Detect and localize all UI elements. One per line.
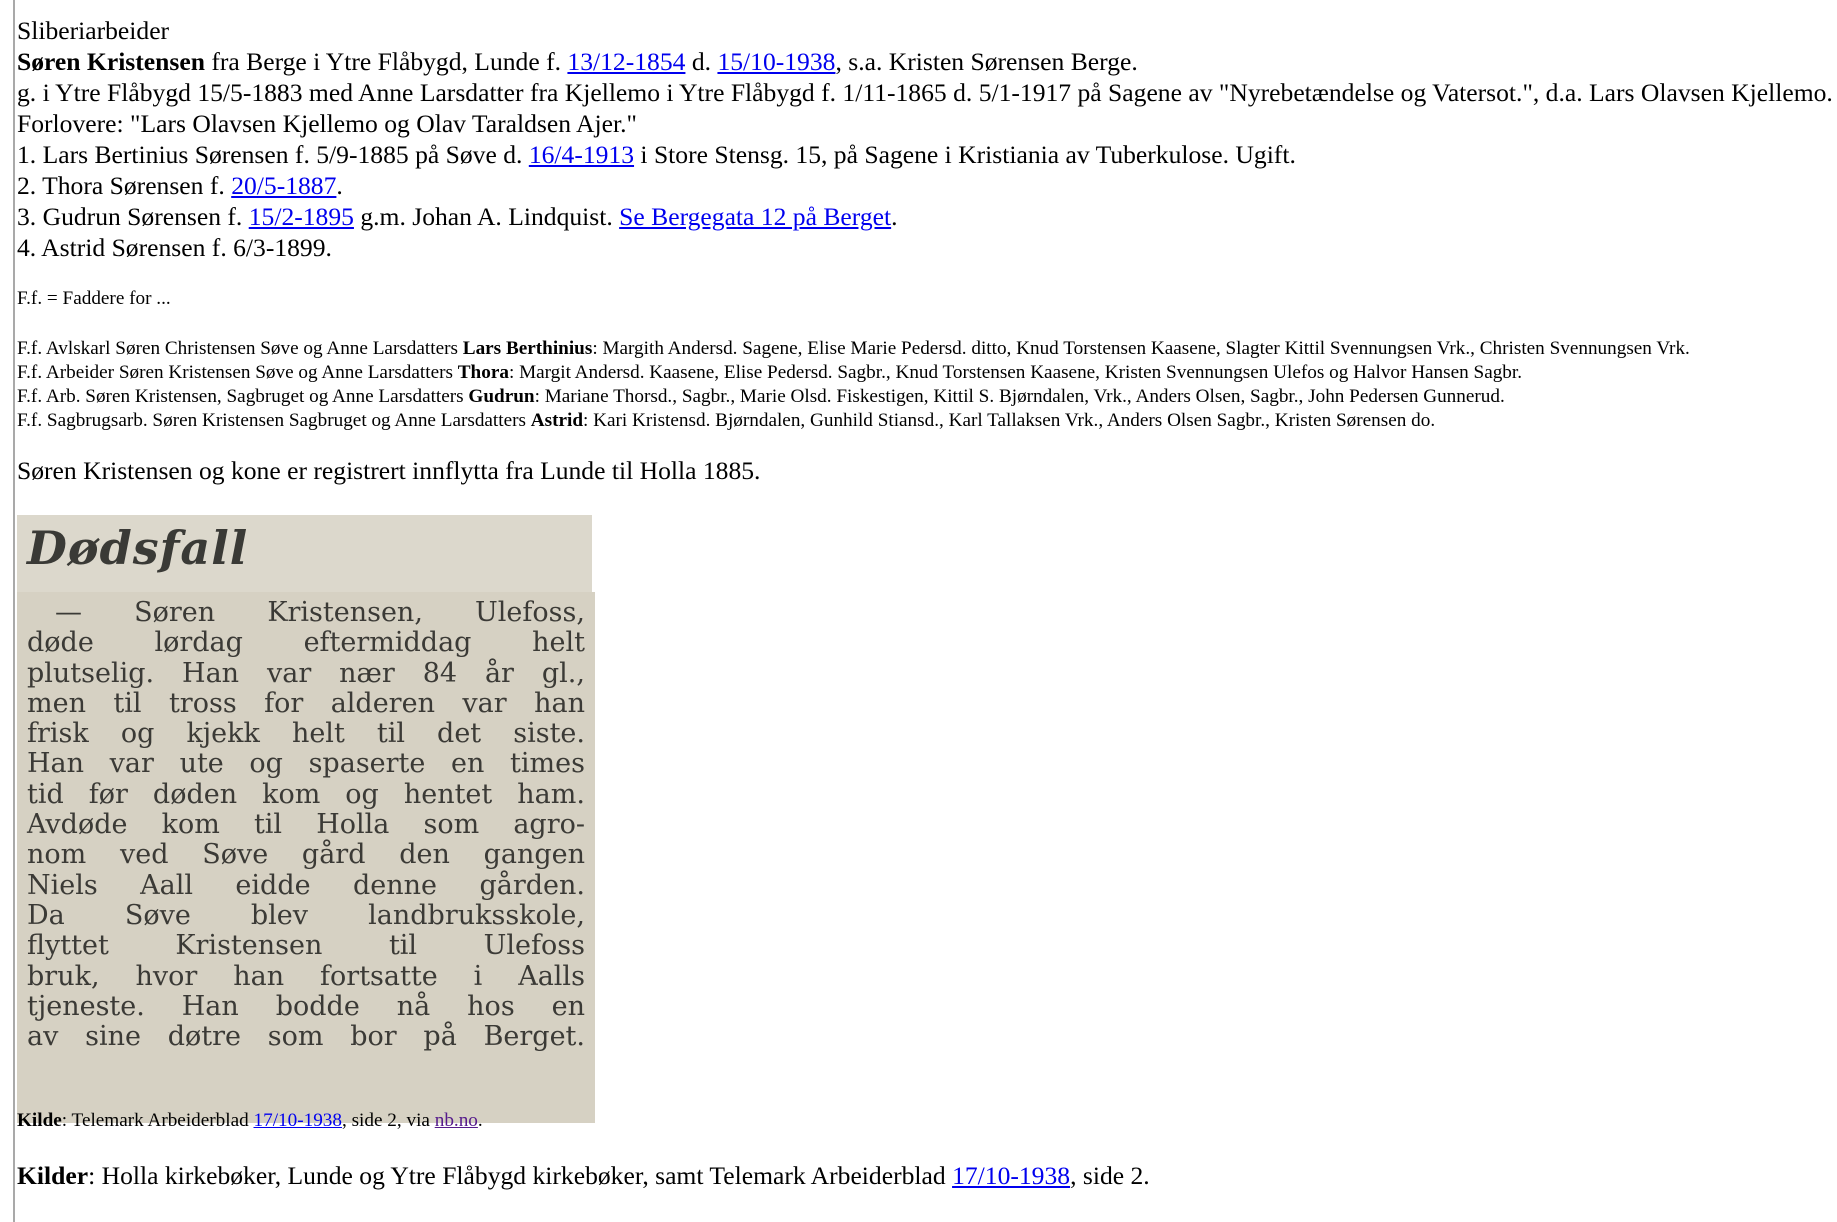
godparents-line: F.f. Arbeider Søren Kristensen Søve og A… xyxy=(17,361,1690,385)
clipping-word: av xyxy=(27,1022,58,1052)
clipping-line: dødelørdageftermiddaghelt xyxy=(27,628,585,658)
clipping-word: gård xyxy=(302,840,366,870)
clipping-word: agro- xyxy=(513,810,585,840)
person-entry: Sliberiarbeider Søren Kristensen fra Ber… xyxy=(17,15,1833,263)
death-date-link[interactable]: 15/10-1938 xyxy=(717,47,835,76)
clipping-word: Berget. xyxy=(484,1022,585,1052)
clipping-word: Kristensen, xyxy=(267,598,423,628)
child-name: Astrid xyxy=(531,410,583,431)
clipping-word: Ulefoss, xyxy=(475,598,585,628)
clipping-word: Han xyxy=(182,659,239,689)
newspaper-clipping-image: Dødsfall —SørenKristensen,Ulefoss,dødelø… xyxy=(17,515,594,1123)
clipping-word: Søve xyxy=(202,840,268,870)
clipping-word: denne xyxy=(353,871,437,901)
clipping-word: hvor xyxy=(135,962,197,992)
clipping-line: tjeneste.Hanboddenåhosen xyxy=(27,992,585,1022)
clipping-line: tidførdødenkomoghentetham. xyxy=(27,780,585,810)
person-text: d. xyxy=(685,47,717,76)
clipping-word: han xyxy=(534,689,585,719)
marriage-line: g. i Ytre Flåbygd 15/5-1883 med Anne Lar… xyxy=(17,77,1833,108)
child-line: 2. Thora Sørensen f. 20/5-1887. xyxy=(17,170,1833,201)
child-date-link[interactable]: 20/5-1887 xyxy=(231,171,336,200)
clipping-word: Avdøde xyxy=(27,810,127,840)
godparents-text: F.f. Sagbrugsarb. Søren Kristensen Sagbr… xyxy=(17,410,531,431)
clipping-line: DaSøveblevlandbruksskole, xyxy=(27,901,585,931)
caption-text: , side 2, via xyxy=(342,1110,435,1131)
clipping-line: bruk,hvorhanfortsatteiAalls xyxy=(27,962,585,992)
sources-text: , side 2. xyxy=(1070,1161,1150,1190)
clipping-word: men xyxy=(27,689,86,719)
clipping-line: friskogkjekkhelttildetsiste. xyxy=(27,719,585,749)
child-line: 4. Astrid Sørensen f. 6/3-1899. xyxy=(17,232,1833,263)
clipping-word: — xyxy=(55,598,82,628)
clipping-word: kom xyxy=(162,810,220,840)
clipping-word: i xyxy=(474,962,483,992)
occupation: Sliberiarbeider xyxy=(17,15,1833,46)
clipping-word: spaserte xyxy=(309,749,426,779)
nb-no-link[interactable]: nb.no xyxy=(435,1110,478,1131)
clipping-word: Kristensen xyxy=(175,931,322,961)
clipping-word: eftermiddag xyxy=(304,628,472,658)
clipping-body: —SørenKristensen,Ulefoss,dødelørdagefter… xyxy=(17,592,595,1123)
clipping-word: times xyxy=(510,749,585,779)
clipping-word: nær xyxy=(339,659,395,689)
clipping-word: bodde xyxy=(276,992,360,1022)
clipping-word: Søve xyxy=(125,901,191,931)
sources-text: : Holla kirkebøker, Lunde og Ytre Flåbyg… xyxy=(88,1161,952,1190)
child-line: 1. Lars Bertinius Sørensen f. 5/9-1885 p… xyxy=(17,139,1833,170)
clipping-word: lørdag xyxy=(154,628,242,658)
child-text: i Store Stensg. 15, på Sagene i Kristian… xyxy=(634,140,1296,169)
clipping-line: plutselig.Hanvarnær84årgl., xyxy=(27,659,585,689)
clipping-word: fortsatte xyxy=(320,962,438,992)
clipping-word: til xyxy=(389,931,417,961)
clipping-word: han xyxy=(233,962,284,992)
godparents-text: F.f. Arbeider Søren Kristensen Søve og A… xyxy=(17,362,458,383)
godparents-note: F.f. = Faddere for ... xyxy=(17,287,171,311)
sources-label: Kilder xyxy=(17,1161,88,1190)
child-date-link[interactable]: 15/2-1895 xyxy=(249,202,354,231)
clipping-word: Aalls xyxy=(518,962,585,992)
clipping-line: mentiltrossforalderenvarhan xyxy=(27,689,585,719)
clipping-word: var xyxy=(267,659,311,689)
godparents-line: F.f. Avlskarl Søren Christensen Søve og … xyxy=(17,337,1690,361)
clipping-word: Da xyxy=(27,901,65,931)
child-date-link[interactable]: 16/4-1913 xyxy=(529,140,634,169)
child-text: . xyxy=(336,171,342,200)
migration-note: Søren Kristensen og kone er registrert i… xyxy=(17,455,760,486)
clipping-word: hos xyxy=(467,992,515,1022)
clipping-line: —SørenKristensen,Ulefoss, xyxy=(27,598,585,628)
clipping-word: frisk xyxy=(27,719,89,749)
clipping-word: kom xyxy=(262,780,320,810)
godparents-text: : Mariane Thorsd., Sagbr., Marie Olsd. F… xyxy=(535,386,1505,407)
clipping-word: før xyxy=(89,780,128,810)
clipping-word: Aall xyxy=(140,871,193,901)
clipping-word: som xyxy=(423,810,479,840)
clipping-word: hentet xyxy=(404,780,492,810)
child-name: Lars Berthinius xyxy=(463,338,593,359)
child-text: 2. Thora Sørensen f. xyxy=(17,171,231,200)
newspaper-date-link[interactable]: 17/10-1938 xyxy=(254,1110,342,1131)
clipping-word: bor xyxy=(350,1022,396,1052)
child-text: 3. Gudrun Sørensen f. xyxy=(17,202,249,231)
clipping-word: en xyxy=(552,992,585,1022)
clipping-word: tjeneste. xyxy=(27,992,145,1022)
godparents-text: F.f. Avlskarl Søren Christensen Søve og … xyxy=(17,338,463,359)
sources-date-link[interactable]: 17/10-1938 xyxy=(952,1161,1070,1190)
clipping-word: som xyxy=(268,1022,324,1052)
person-name: Søren Kristensen xyxy=(17,47,205,76)
clipping-word: gl., xyxy=(542,659,585,689)
clipping-word: bruk, xyxy=(27,962,100,992)
clipping-word: landbruksskole, xyxy=(368,901,585,931)
witnesses-line: Forlovere: "Lars Olavsen Kjellemo og Ola… xyxy=(17,108,1833,139)
caption-label: Kilde xyxy=(17,1110,62,1131)
sources-line: Kilder: Holla kirkebøker, Lunde og Ytre … xyxy=(17,1160,1150,1191)
clipping-word: var xyxy=(110,749,154,779)
clipping-word: var xyxy=(462,689,506,719)
clipping-word: nom xyxy=(27,840,86,870)
clipping-word: Holla xyxy=(316,810,389,840)
clipping-line: avsinedøtresomborpåBerget. xyxy=(27,1022,585,1052)
person-text: fra Berge i Ytre Flåbygd, Lunde f. xyxy=(205,47,567,76)
clipping-word: og xyxy=(121,719,155,749)
clipping-word: Ulefoss xyxy=(484,931,585,961)
birth-date-link[interactable]: 13/12-1854 xyxy=(567,47,685,76)
clipping-line: flyttetKristensentilUlefoss xyxy=(27,931,585,961)
clipping-word: Han xyxy=(182,992,239,1022)
clipping-word: ham. xyxy=(517,780,585,810)
clipping-line: AvdødekomtilHollasomagro- xyxy=(27,810,585,840)
godparents-list: F.f. Avlskarl Søren Christensen Søve og … xyxy=(17,337,1690,433)
clipping-word: på xyxy=(423,1022,456,1052)
clipping-word: den xyxy=(399,840,450,870)
clipping-word: ved xyxy=(120,840,169,870)
clipping-word: siste. xyxy=(513,719,585,749)
godparents-line: F.f. Arb. Søren Kristensen, Sagbruget og… xyxy=(17,385,1690,409)
clipping-word: kjekk xyxy=(186,719,259,749)
clipping-word: til xyxy=(254,810,282,840)
clipping-word: nå xyxy=(397,992,431,1022)
clipping-word: Han xyxy=(27,749,84,779)
caption-text: : Telemark Arbeiderblad xyxy=(62,1110,254,1131)
clipping-word: til xyxy=(113,689,141,719)
clipping-word: for xyxy=(264,689,303,719)
child-name: Thora xyxy=(458,362,509,383)
clipping-line: NielsAalleiddedennegården. xyxy=(27,871,585,901)
clipping-word: tross xyxy=(169,689,237,719)
clipping-word: en xyxy=(451,749,484,779)
child-text: . xyxy=(891,202,897,231)
godparents-line: F.f. Sagbrugsarb. Søren Kristensen Sagbr… xyxy=(17,409,1690,433)
clipping-word: blev xyxy=(251,901,308,931)
clipping-word: det xyxy=(437,719,481,749)
clipping-word: døden xyxy=(153,780,237,810)
godparents-text: : Kari Kristensd. Bjørndalen, Gunhild St… xyxy=(583,410,1435,431)
clipping-line: nomvedSøvegårddengangen xyxy=(27,840,585,870)
clipping-word: plutselig. xyxy=(27,659,154,689)
clipping-word: døde xyxy=(27,628,94,658)
godparents-text: : Margit Andersd. Kaasene, Elise Pedersd… xyxy=(509,362,1522,383)
person-line: Søren Kristensen fra Berge i Ytre Flåbyg… xyxy=(17,46,1833,77)
clipping-word: eidde xyxy=(235,871,310,901)
clipping-word: helt xyxy=(532,628,585,658)
clipping-word: sine xyxy=(85,1022,141,1052)
clipping-word: 84 xyxy=(423,659,457,689)
clipping-line: Hanvaruteogspaserteentimes xyxy=(27,749,585,779)
godparents-text: : Margith Andersd. Sagene, Elise Marie P… xyxy=(592,338,1690,359)
child-text: 1. Lars Bertinius Sørensen f. 5/9-1885 p… xyxy=(17,140,529,169)
godparents-text: F.f. Arb. Søren Kristensen, Sagbruget og… xyxy=(17,386,468,407)
child-line: 3. Gudrun Sørensen f. 15/2-1895 g.m. Joh… xyxy=(17,201,1833,232)
clipping-word: og xyxy=(345,780,379,810)
child-text: 4. Astrid Sørensen f. 6/3-1899. xyxy=(17,233,332,262)
clipping-word: år xyxy=(485,659,514,689)
clipping-word: gangen xyxy=(484,840,585,870)
bergegata-link[interactable]: Se Bergegata 12 på Berget xyxy=(619,202,891,231)
clipping-word: gården. xyxy=(479,871,585,901)
image-caption: Kilde: Telemark Arbeiderblad 17/10-1938,… xyxy=(17,1109,483,1133)
clipping-word: døtre xyxy=(168,1022,241,1052)
clipping-title: Dødsfall xyxy=(27,521,248,575)
child-text: g.m. Johan A. Lindquist. xyxy=(354,202,619,231)
clipping-word: og xyxy=(249,749,283,779)
caption-text: . xyxy=(478,1110,483,1131)
clipping-word: tid xyxy=(27,780,64,810)
clipping-word: til xyxy=(377,719,405,749)
clipping-word: flyttet xyxy=(27,931,109,961)
clipping-text: —SørenKristensen,Ulefoss,dødelørdagefter… xyxy=(27,598,585,1052)
clipping-word: Niels xyxy=(27,871,98,901)
clipping-word: Søren xyxy=(134,598,215,628)
clipping-word: ute xyxy=(180,749,224,779)
person-text: , s.a. Kristen Sørensen Berge. xyxy=(835,47,1137,76)
clipping-word: helt xyxy=(292,719,345,749)
clipping-header: Dødsfall xyxy=(17,515,592,592)
clipping-word: alderen xyxy=(331,689,435,719)
child-name: Gudrun xyxy=(468,386,534,407)
